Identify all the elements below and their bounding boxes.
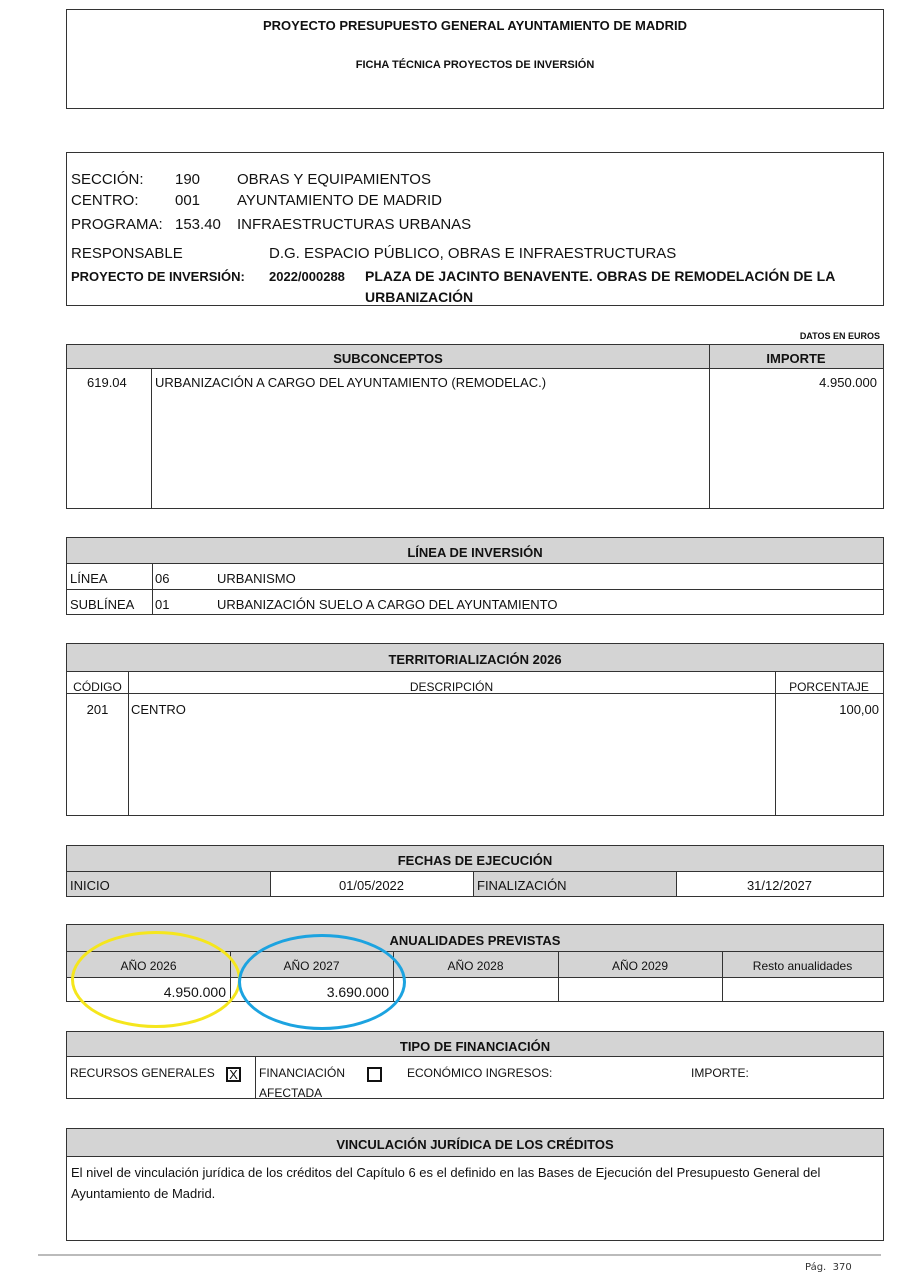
territorializacion-title: TERRITORIALIZACIÓN 2026 xyxy=(67,652,883,667)
financiacion-title: TIPO DE FINANCIACIÓN xyxy=(67,1039,883,1054)
recursos-generales-checkbox[interactable]: X xyxy=(226,1067,241,1082)
sublinea-name: URBANIZACIÓN SUELO A CARGO DEL AYUNTAMIE… xyxy=(217,597,557,612)
document-subtitle: FICHA TÉCNICA PROYECTOS DE INVERSIÓN xyxy=(67,59,883,71)
subconceptos-table: SUBCONCEPTOS IMPORTE 619.04 URBANIZACIÓN… xyxy=(66,344,884,509)
anio-2026-label: AÑO 2026 xyxy=(67,959,230,973)
seccion-label: SECCIÓN: xyxy=(71,171,144,188)
vinculacion-text-1: El nivel de vinculación jurídica de los … xyxy=(71,1165,820,1180)
sublinea-label: SUBLÍNEA xyxy=(70,597,134,612)
programa-code: 153.40 xyxy=(175,216,221,233)
financiacion-afectada-label-2: AFECTADA xyxy=(259,1086,322,1100)
linea-code: 06 xyxy=(155,571,169,586)
inicio-value: 01/05/2022 xyxy=(270,878,473,893)
footer-divider xyxy=(38,1254,881,1256)
inicio-label: INICIO xyxy=(70,878,110,893)
fechas-ejecucion-table: FECHAS DE EJECUCIÓN INICIO 01/05/2022 FI… xyxy=(66,845,884,897)
subconcepto-importe: 4.950.000 xyxy=(819,375,877,390)
anio-2027-value: 3.690.000 xyxy=(230,984,389,1000)
seccion-name: OBRAS Y EQUIPAMIENTOS xyxy=(237,171,431,188)
col-porcentaje: PORCENTAJE xyxy=(775,680,883,694)
sublinea-code: 01 xyxy=(155,597,169,612)
territorializacion-table: TERRITORIALIZACIÓN 2026 CÓDIGO DESCRIPCI… xyxy=(66,643,884,816)
vinculacion-text-2: Ayuntamiento de Madrid. xyxy=(71,1186,215,1201)
vinculacion-title: VINCULACIÓN JURÍDICA DE LOS CRÉDITOS xyxy=(67,1137,883,1152)
subconcepto-description: URBANIZACIÓN A CARGO DEL AYUNTAMIENTO (R… xyxy=(155,375,546,390)
importe-header: IMPORTE xyxy=(709,351,883,366)
anualidades-title: ANUALIDADES PREVISTAS xyxy=(67,933,883,948)
financiacion-afectada-checkbox[interactable] xyxy=(367,1067,382,1082)
anio-2029-label: AÑO 2029 xyxy=(558,959,722,973)
document-header: PROYECTO PRESUPUESTO GENERAL AYUNTAMIENT… xyxy=(66,9,884,109)
territorio-porcentaje: 100,00 xyxy=(839,702,879,717)
subconcepto-code: 619.04 xyxy=(87,375,127,390)
document-title: PROYECTO PRESUPUESTO GENERAL AYUNTAMIENT… xyxy=(67,18,883,33)
proyecto-name-2: URBANIZACIÓN xyxy=(365,289,473,305)
anualidades-table: ANUALIDADES PREVISTAS AÑO 2026 AÑO 2027 … xyxy=(66,924,884,1002)
anio-2027-label: AÑO 2027 xyxy=(230,959,393,973)
importe-label: IMPORTE: xyxy=(691,1066,749,1080)
linea-inversion-title: LÍNEA DE INVERSIÓN xyxy=(67,545,883,560)
economico-ingresos-label: ECONÓMICO INGRESOS: xyxy=(407,1066,552,1080)
proyecto-name-1: PLAZA DE JACINTO BENAVENTE. OBRAS DE REM… xyxy=(365,268,835,284)
anio-2026-value: 4.950.000 xyxy=(67,984,226,1000)
datos-en-euros-note: DATOS EN EUROS xyxy=(800,331,880,341)
linea-inversion-table: LÍNEA DE INVERSIÓN LÍNEA 06 URBANISMO SU… xyxy=(66,537,884,615)
finalizacion-label: FINALIZACIÓN xyxy=(477,878,567,893)
vinculacion-juridica-table: VINCULACIÓN JURÍDICA DE LOS CRÉDITOS El … xyxy=(66,1128,884,1241)
page-number: Pág. 370 xyxy=(805,1262,852,1273)
linea-name: URBANISMO xyxy=(217,571,296,586)
subconceptos-header: SUBCONCEPTOS xyxy=(67,351,709,366)
col-codigo: CÓDIGO xyxy=(67,680,128,694)
fechas-title: FECHAS DE EJECUCIÓN xyxy=(67,853,883,868)
finalizacion-value: 31/12/2027 xyxy=(676,878,883,893)
territorio-descripcion: CENTRO xyxy=(131,702,186,717)
centro-code: 001 xyxy=(175,192,200,209)
territorio-codigo: 201 xyxy=(67,702,128,717)
programa-name: INFRAESTRUCTURAS URBANAS xyxy=(237,216,471,233)
resto-anualidades-label: Resto anualidades xyxy=(722,959,883,973)
financiacion-afectada-label-1: FINANCIACIÓN xyxy=(259,1066,345,1080)
project-info: SECCIÓN: 190 OBRAS Y EQUIPAMIENTOS CENTR… xyxy=(66,152,884,306)
proyecto-label: PROYECTO DE INVERSIÓN: xyxy=(71,269,245,284)
responsable-name: D.G. ESPACIO PÚBLICO, OBRAS E INFRAESTRU… xyxy=(269,245,676,262)
col-descripcion: DESCRIPCIÓN xyxy=(128,680,775,694)
centro-label: CENTRO: xyxy=(71,192,139,209)
responsable-label: RESPONSABLE xyxy=(71,245,183,262)
financiacion-table: TIPO DE FINANCIACIÓN RECURSOS GENERALES … xyxy=(66,1031,884,1099)
programa-label: PROGRAMA: xyxy=(71,216,163,233)
seccion-code: 190 xyxy=(175,171,200,188)
recursos-generales-label: RECURSOS GENERALES xyxy=(70,1066,215,1080)
anio-2028-label: AÑO 2028 xyxy=(393,959,558,973)
linea-label: LÍNEA xyxy=(70,571,108,586)
centro-name: AYUNTAMIENTO DE MADRID xyxy=(237,192,442,209)
proyecto-code: 2022/000288 xyxy=(269,269,345,284)
